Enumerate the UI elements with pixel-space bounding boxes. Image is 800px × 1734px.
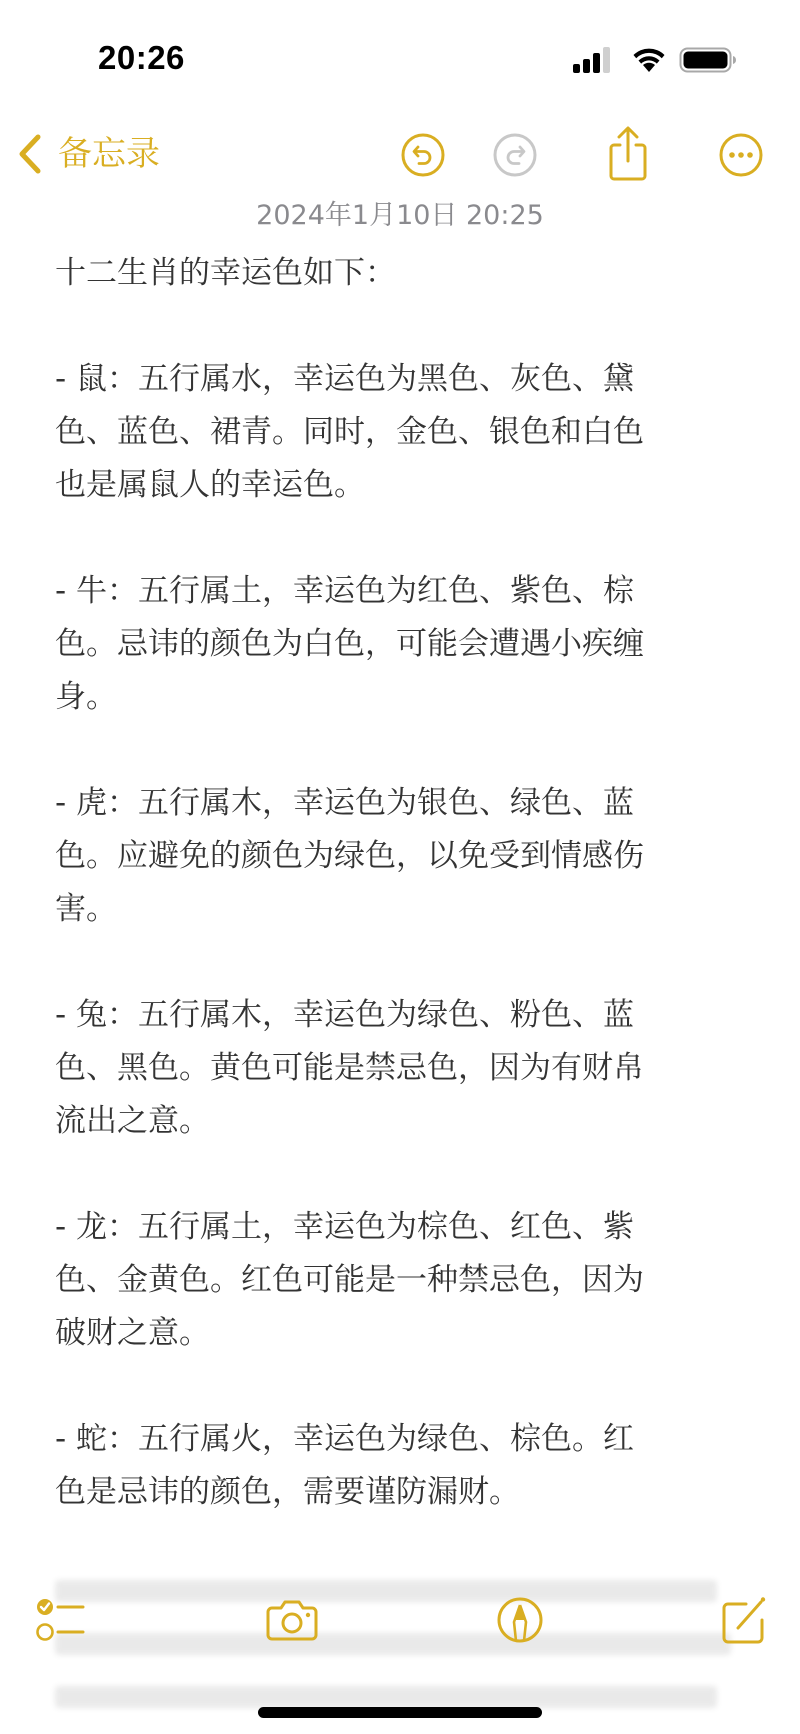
battery-icon — [679, 45, 737, 75]
redo-icon — [491, 131, 539, 179]
camera-button[interactable] — [264, 1592, 320, 1648]
note-line: - 牛：五行属土，幸运色为红色、紫色、棕 — [55, 565, 735, 618]
note-timestamp: 2024年1月10日 20:25 — [0, 198, 800, 234]
cellular-signal-icon — [572, 45, 614, 75]
checklist-icon — [35, 1595, 89, 1645]
undo-icon — [399, 131, 447, 179]
note-line: - 蛇：五行属火，幸运色为绿色、棕色。红 — [55, 1413, 735, 1466]
paragraph-dragon: - 龙：五行属土，幸运色为棕色、红色、紫 色、金黄色。红色可能是一种禁忌色，因为… — [55, 1201, 735, 1360]
paragraph-rat: - 鼠：五行属水，幸运色为黑色、灰色、黛 色、蓝色、裙青。同时，金色、银色和白色… — [55, 353, 735, 512]
note-line: - 虎：五行属木，幸运色为银色、绿色、蓝 — [55, 777, 735, 830]
note-line: 色。忌讳的颜色为白色，可能会遭遇小疾缠 — [55, 618, 735, 671]
paragraph-snake: - 蛇：五行属火，幸运色为绿色、棕色。红 色是忌讳的颜色，需要谨防漏财。 — [55, 1413, 735, 1519]
markup-pen-icon — [495, 1595, 545, 1645]
camera-icon — [264, 1597, 320, 1643]
note-line: 也是属鼠人的幸运色。 — [55, 459, 735, 512]
blank-line — [55, 512, 735, 565]
back-label: 备忘录 — [58, 128, 160, 180]
note-line: 害。 — [55, 883, 735, 936]
checklist-button[interactable] — [34, 1592, 90, 1648]
note-body-editor[interactable]: 十二生肖的幸运色如下： - 鼠：五行属水，幸运色为黑色、灰色、黛 色、蓝色、裙青… — [55, 247, 735, 1519]
note-line: - 龙：五行属土，幸运色为棕色、红色、紫 — [55, 1201, 735, 1254]
paragraph-tiger: - 虎：五行属木，幸运色为银色、绿色、蓝 色。应避免的颜色为绿色，以免受到情感伤… — [55, 777, 735, 936]
compose-icon — [716, 1594, 768, 1646]
back-to-notes-button[interactable]: 备忘录 — [14, 128, 160, 180]
note-line: 流出之意。 — [55, 1095, 735, 1148]
notes-screen: 20:26 备忘录 — [0, 0, 800, 1734]
note-line: - 鼠：五行属水，幸运色为黑色、灰色、黛 — [55, 353, 735, 406]
note-line: 色、蓝色、裙青。同时，金色、银色和白色 — [55, 406, 735, 459]
note-line: - 兔：五行属木，幸运色为绿色、粉色、蓝 — [55, 989, 735, 1042]
status-time: 20:26 — [98, 38, 185, 78]
note-title: 十二生肖的幸运色如下： — [55, 247, 735, 300]
undo-button[interactable] — [398, 130, 448, 180]
paragraph-ox: - 牛：五行属土，幸运色为红色、紫色、棕 色。忌讳的颜色为白色，可能会遭遇小疾缠… — [55, 565, 735, 724]
chevron-left-icon — [14, 133, 44, 175]
share-icon — [606, 125, 650, 183]
note-line: 身。 — [55, 671, 735, 724]
home-indicator[interactable] — [258, 1707, 542, 1718]
compose-new-note-button[interactable] — [714, 1592, 770, 1648]
blank-line — [55, 724, 735, 777]
share-button[interactable] — [603, 124, 653, 184]
more-options-button[interactable] — [716, 130, 766, 180]
blank-line — [55, 936, 735, 989]
blank-line — [55, 1360, 735, 1413]
note-line: 色是忌讳的颜色，需要谨防漏财。 — [55, 1466, 735, 1519]
blank-line — [55, 300, 735, 353]
note-line: 色。应避免的颜色为绿色，以免受到情感伤 — [55, 830, 735, 883]
note-line: 破财之意。 — [55, 1307, 735, 1360]
ellipsis-circle-icon — [717, 131, 765, 179]
wifi-icon — [630, 45, 668, 75]
note-line: 色、黑色。黄色可能是禁忌色，因为有财帛 — [55, 1042, 735, 1095]
blank-line — [55, 1148, 735, 1201]
redo-button[interactable] — [490, 130, 540, 180]
markup-button[interactable] — [492, 1592, 548, 1648]
paragraph-rabbit: - 兔：五行属木，幸运色为绿色、粉色、蓝 色、黑色。黄色可能是禁忌色，因为有财帛… — [55, 989, 735, 1148]
note-line: 色、金黄色。红色可能是一种禁忌色，因为 — [55, 1254, 735, 1307]
